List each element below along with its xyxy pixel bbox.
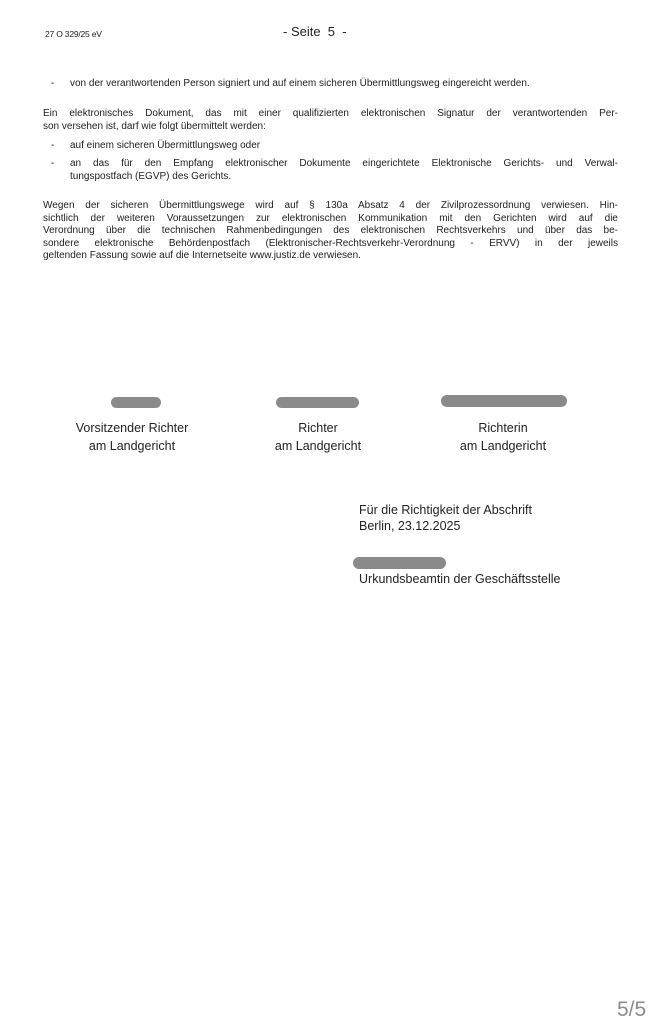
paragraph-line: sichtlich der weiteren Voraussetzungen z… (43, 213, 618, 226)
paragraph-line: son versehen ist, darf wie folgt übermit… (43, 121, 618, 134)
document-page: 27 O 329/25 eV - Seite 5 - - von der ver… (0, 0, 655, 1023)
signature-court: am Landgericht (413, 437, 593, 455)
redacted-signature-judge-female (441, 395, 567, 407)
bullet-marker: - (51, 158, 54, 171)
page-header: - Seite 5 - (283, 24, 347, 39)
paragraph-legal-reference: Wegen der sicheren Übermittlungswege wir… (43, 200, 618, 263)
certification-statement: Für die Richtigkeit der Abschrift (359, 502, 532, 518)
signature-court: am Landgericht (228, 437, 408, 455)
bullet-line: an das für den Empfang elektronischer Do… (70, 158, 618, 171)
paragraph-line: Ein elektronisches Dokument, das mit ein… (43, 108, 618, 121)
paragraph-line: sondere elektronische Behördenpostfach (… (43, 238, 618, 251)
paragraph-line: Verordnung über die technischen Rahmenbe… (43, 225, 618, 238)
bullet-item-egvp: an das für den Empfang elektronischer Do… (70, 158, 618, 183)
certification-block: Für die Richtigkeit der Abschrift Berlin… (359, 502, 532, 534)
signature-title: Richterin (413, 419, 593, 437)
signature-presiding-judge: Vorsitzender Richter am Landgericht (42, 419, 222, 455)
certification-place-date: Berlin, 23.12.2025 (359, 518, 532, 534)
bullet-line: tungspostfach (EGVP) des Gerichts. (70, 171, 618, 184)
signature-title: Richter (228, 419, 408, 437)
redacted-signature-judge (276, 397, 359, 408)
redacted-signature-presiding-judge (111, 397, 161, 408)
signature-title: Vorsitzender Richter (42, 419, 222, 437)
certification-role: Urkundsbeamtin der Geschäftsstelle (359, 571, 560, 587)
bullet-marker: - (51, 140, 54, 153)
paragraph-line: Wegen der sicheren Übermittlungswege wir… (43, 200, 618, 213)
intro-bullet-text: von der verantwortenden Person signiert … (70, 78, 615, 91)
page-indicator: 5/5 (617, 998, 646, 1022)
bullet-marker: - (51, 78, 54, 91)
signature-judge-female: Richterin am Landgericht (413, 419, 593, 455)
case-number: 27 O 329/25 eV (45, 29, 102, 39)
signature-court: am Landgericht (42, 437, 222, 455)
paragraph-line: geltenden Fassung sowie auf die Internet… (43, 250, 618, 263)
redacted-signature-clerk (353, 557, 446, 569)
paragraph-electronic-document: Ein elektronisches Dokument, das mit ein… (43, 108, 618, 133)
bullet-item-secure-channel: auf einem sicheren Übermittlungsweg oder (70, 140, 618, 153)
signature-judge: Richter am Landgericht (228, 419, 408, 455)
